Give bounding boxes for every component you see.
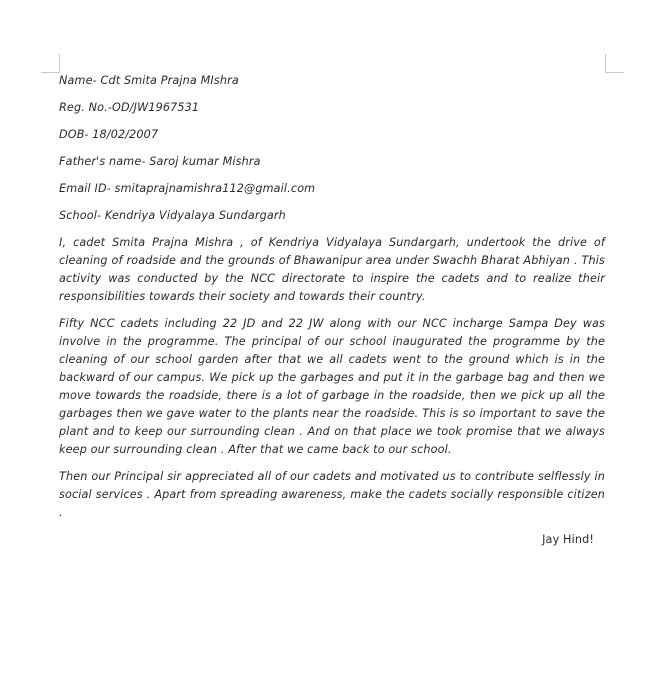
signoff: Jay Hind!	[59, 531, 605, 549]
paragraph-introduction: I, cadet Smita Prajna Mishra , of Kendri…	[59, 234, 605, 306]
name-field: Name- Cdt Smita Prajna MIshra	[59, 72, 605, 99]
email-field: Email ID- smitaprajnamishra112@gmail.com	[59, 180, 605, 207]
paragraph-activity: Fifty NCC cadets including 22 JD and 22 …	[59, 315, 605, 459]
school-field: School- Kendriya Vidyalaya Sundargarh	[59, 207, 605, 234]
date-of-birth-field: DOB- 18/02/2007	[59, 126, 605, 153]
margin-corner-mark-top-right	[605, 54, 624, 73]
registration-number-field: Reg. No.-OD/JW1967531	[59, 99, 605, 126]
fathers-name-field: Father's name- Saroj kumar Mishra	[59, 153, 605, 180]
document-page: Name- Cdt Smita Prajna MIshra Reg. No.-O…	[0, 0, 663, 688]
document-body[interactable]: Name- Cdt Smita Prajna MIshra Reg. No.-O…	[59, 72, 605, 549]
paragraph-conclusion: Then our Principal sir appreciated all o…	[59, 468, 605, 522]
margin-corner-mark-top-left	[41, 54, 60, 73]
